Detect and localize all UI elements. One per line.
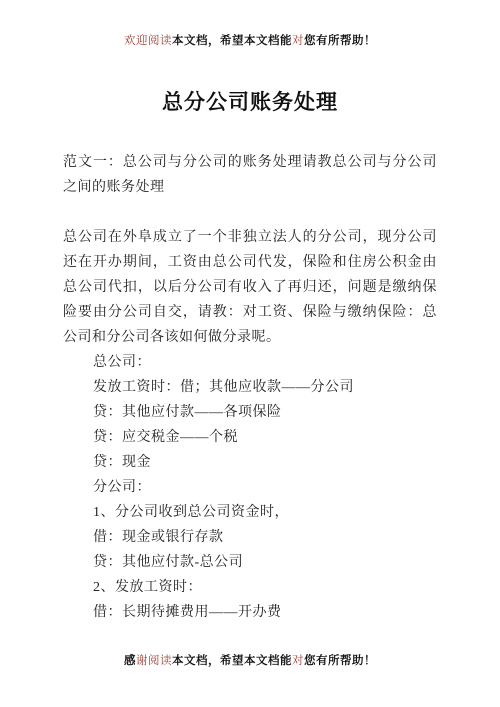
header-text-red-segment: 欢迎阅读 [124, 35, 172, 47]
document-page: 欢迎阅读本文档，希望本文档能对您有所帮助！ 总分公司账务处理 范文一：总公司与分… [0, 0, 500, 707]
footer-text-red-segment: 谢阅读 [136, 655, 172, 667]
paragraph-line: 总公司在外阜成立了一个非独立法人的分公司，现分公司还在开办期间，工资由总公司代发… [63, 225, 437, 350]
paragraph-line: 2、发放工资时： [63, 575, 437, 600]
footer-text-segment: 本文档，希望本文档能 [172, 655, 292, 667]
document-body: 范文一：总公司与分公司的账务处理请教总公司与分公司之间的账务处理总公司在外阜成立… [63, 150, 437, 625]
paragraph-line: 贷：其他应付款-总公司 [63, 550, 437, 575]
paragraph-line: 借：现金或银行存款 [63, 525, 437, 550]
header-text-segment: 您有所帮助！ [304, 35, 376, 47]
header-text-red-segment: 对 [292, 35, 304, 47]
paragraph-line: 分公司： [63, 475, 437, 500]
document-content: 总分公司账务处理 范文一：总公司与分公司的账务处理请教总公司与分公司之间的账务处… [63, 86, 437, 625]
document-title: 总分公司账务处理 [63, 86, 437, 116]
header-note: 欢迎阅读本文档，希望本文档能对您有所帮助！ [0, 32, 500, 48]
paragraph-line: 贷：其他应付款——各项保险 [63, 400, 437, 425]
footer-text-red-segment: 对 [292, 655, 304, 667]
paragraph-line: 总公司： [63, 350, 437, 375]
footer-text-segment: 您有所帮助！ [304, 655, 376, 667]
paragraph-line: 贷：应交税金——个税 [63, 425, 437, 450]
header-text-segment: 本文档，希望本文档能 [172, 35, 292, 47]
paragraph-line: 贷：现金 [63, 450, 437, 475]
paragraph-line: 借：长期待摊费用——开办费 [63, 600, 437, 625]
paragraph-line: 1、分公司收到总公司资金时， [63, 500, 437, 525]
paragraph-line: 发放工资时：借；其他应收款——分公司 [63, 375, 437, 400]
footer-note: 感谢阅读本文档，希望本文档能对您有所帮助！ [0, 652, 500, 668]
footer-text-segment: 感 [124, 655, 136, 667]
paragraph-line: 范文一：总公司与分公司的账务处理请教总公司与分公司之间的账务处理 [63, 150, 437, 200]
